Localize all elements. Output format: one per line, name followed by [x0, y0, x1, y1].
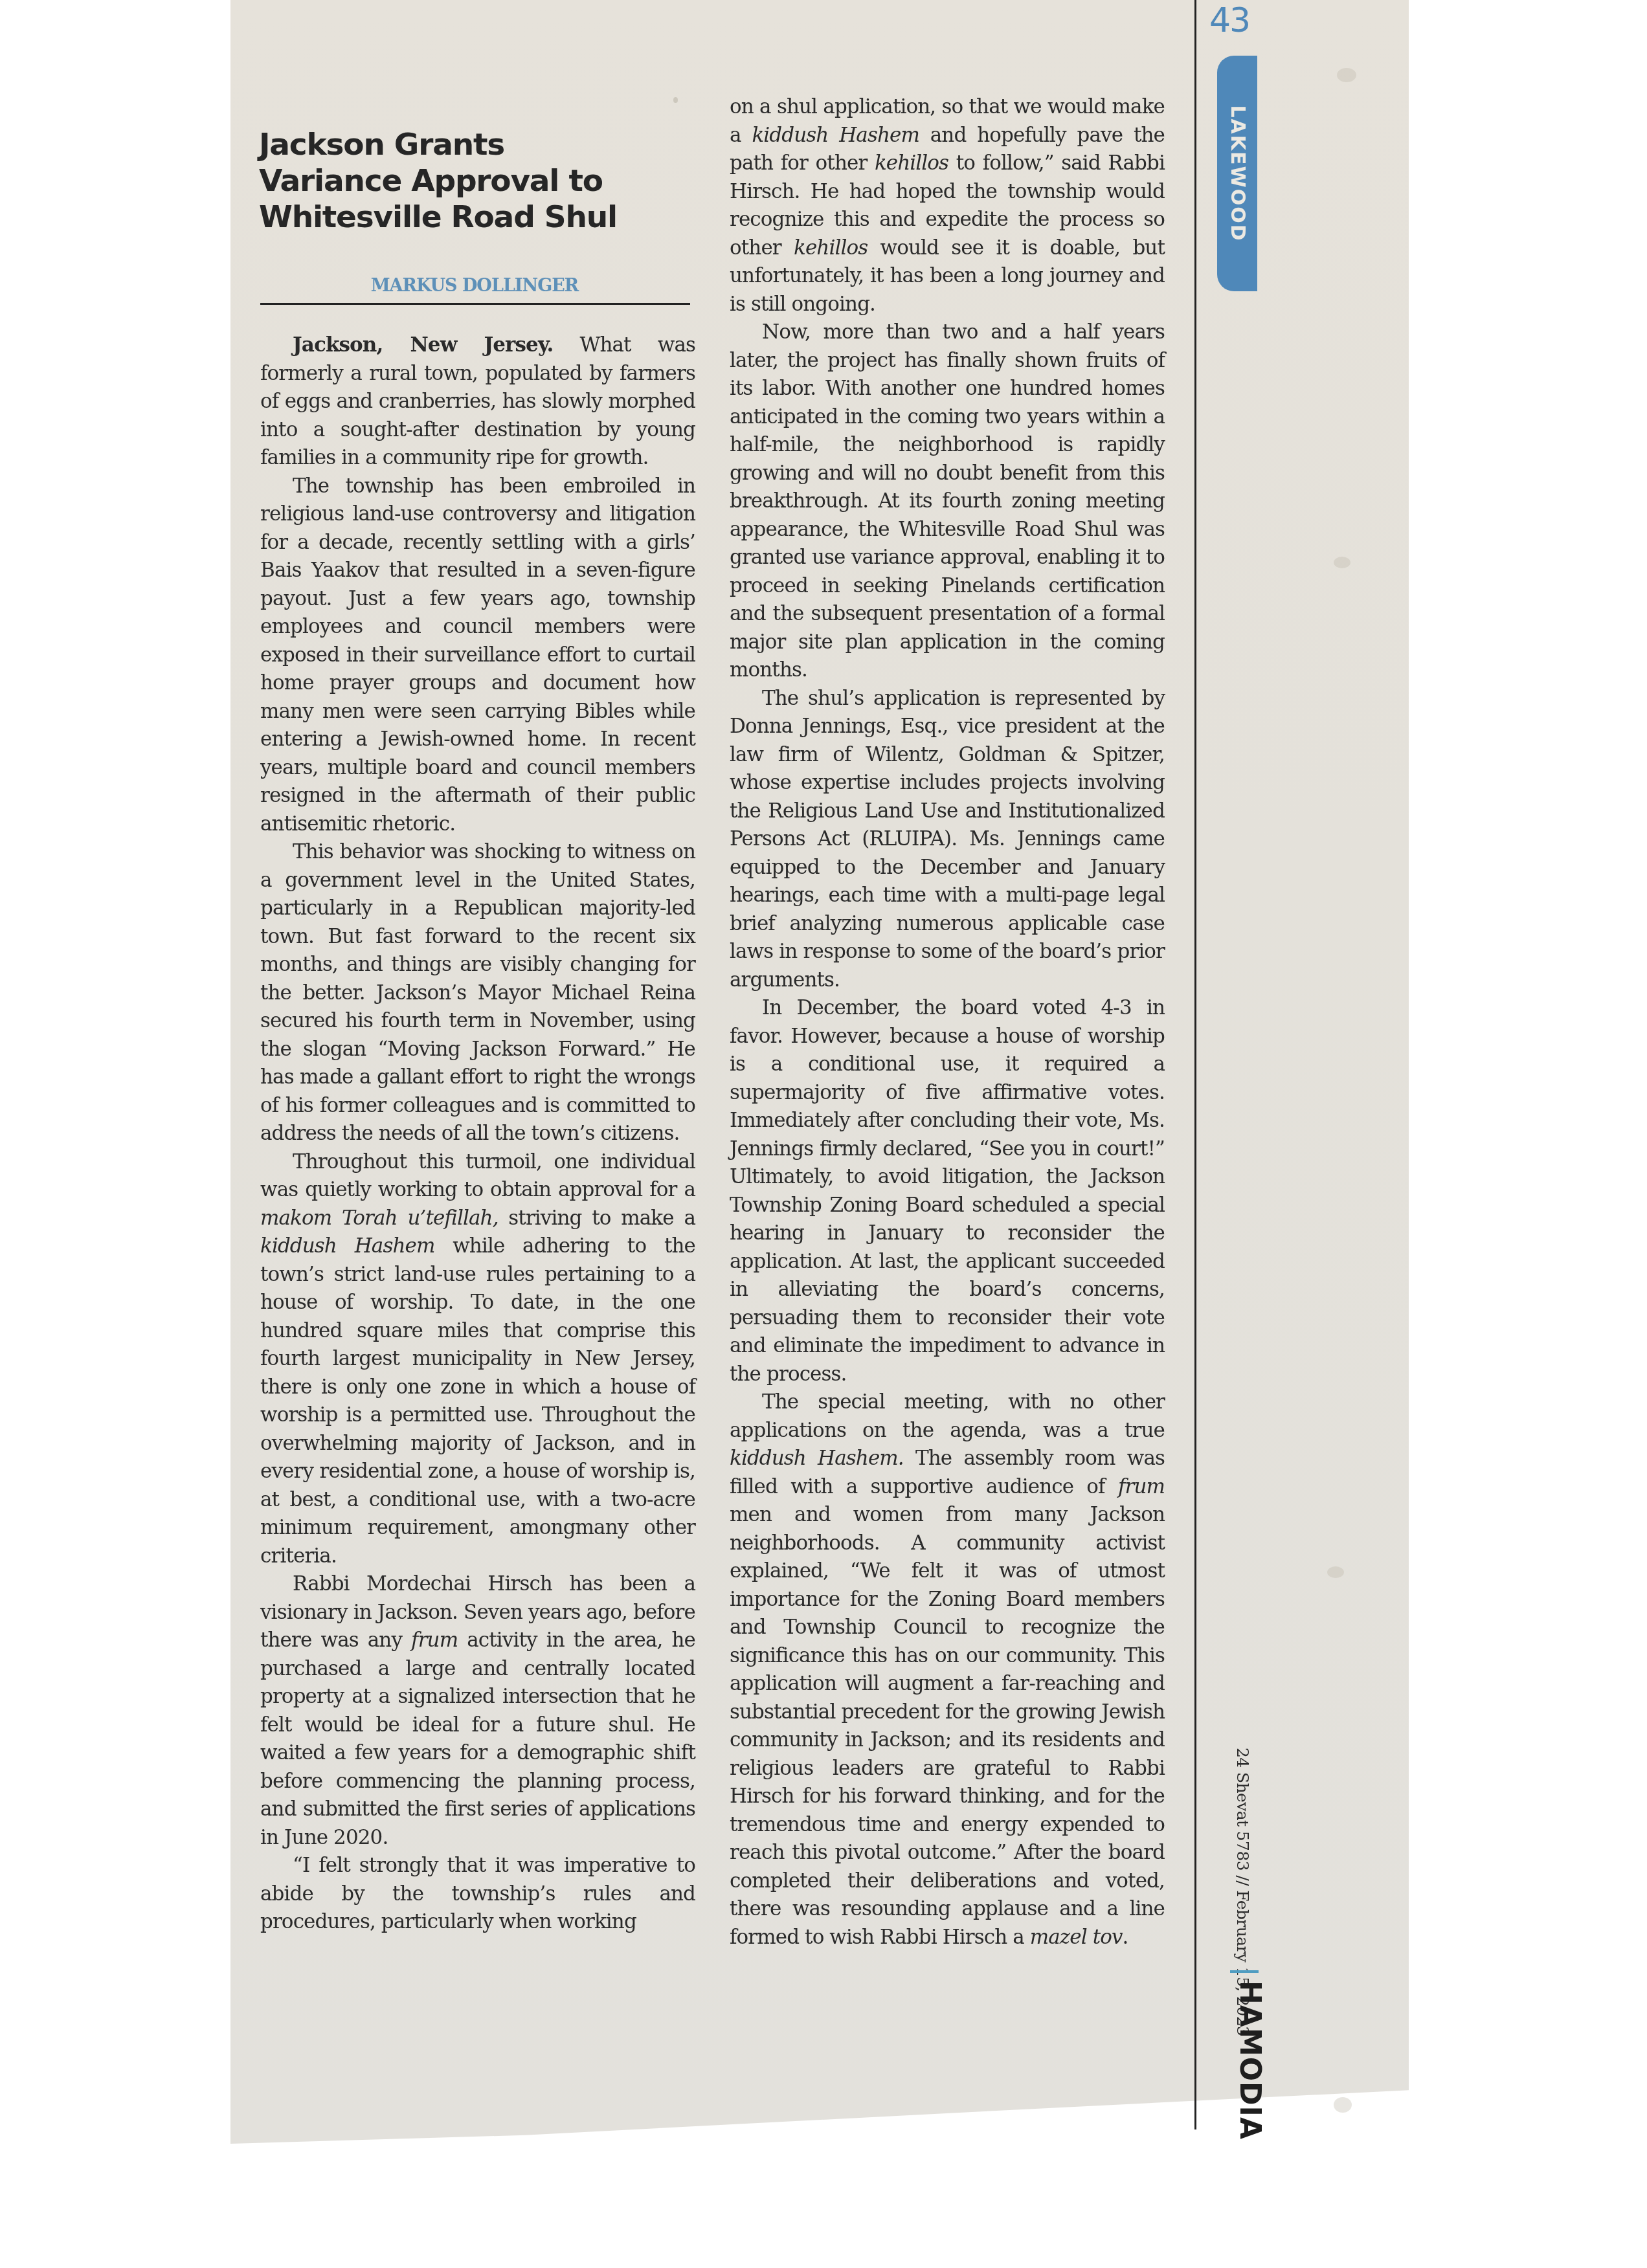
paper-speck	[1337, 68, 1356, 82]
dateline: Jackson, New Jersey.	[293, 333, 553, 357]
article-column-2: on a shul application, so that we would …	[730, 93, 1165, 1951]
paragraph: on a shul application, so that we would …	[730, 93, 1165, 318]
section-tab: LAKEWOOD	[1217, 56, 1257, 291]
headline-line: Variance Approval to	[259, 163, 647, 199]
paper-speck	[673, 97, 678, 103]
byline: MARKUS DOLLINGER	[259, 276, 690, 296]
paragraph: Now, more than two and a half years late…	[730, 318, 1165, 685]
paragraph: In December, the board voted 4-3 in favo…	[730, 994, 1165, 1388]
article-headline: Jackson Grants Variance Approval to Whit…	[259, 127, 647, 236]
paragraph: The special meeting, with no other appli…	[730, 1388, 1165, 1951]
column-divider	[1194, 0, 1196, 2129]
paragraph: Throughout this turmoil, one individual …	[260, 1148, 695, 1571]
paragraph: Jackson, New Jersey. What was formerly a…	[260, 331, 695, 472]
headline-line: Whitesville Road Shul	[259, 199, 647, 236]
paragraph: The township has been embroiled in relig…	[260, 472, 695, 839]
section-label: LAKEWOOD	[1226, 105, 1249, 241]
paragraph: Rabbi Mordechai Hirsch has been a vision…	[260, 1570, 695, 1852]
paper-speck	[1334, 2097, 1352, 2113]
article-column-1: Jackson, New Jersey. What was formerly a…	[260, 331, 695, 1937]
byline-rule	[260, 303, 690, 305]
paragraph: The shul’s application is represented by…	[730, 685, 1165, 995]
paragraph: This behavior was shocking to witness on…	[260, 838, 695, 1148]
headline-line: Jackson Grants	[259, 127, 647, 163]
publication-logo: HAMODIA	[1233, 1981, 1266, 2140]
paragraph: “I felt strongly that it was imperative …	[260, 1852, 695, 1937]
paper-speck	[1334, 557, 1350, 568]
paper-speck	[1327, 1566, 1344, 1578]
footer-separator	[1230, 1970, 1259, 1973]
page-number: 43	[1209, 1, 1249, 40]
